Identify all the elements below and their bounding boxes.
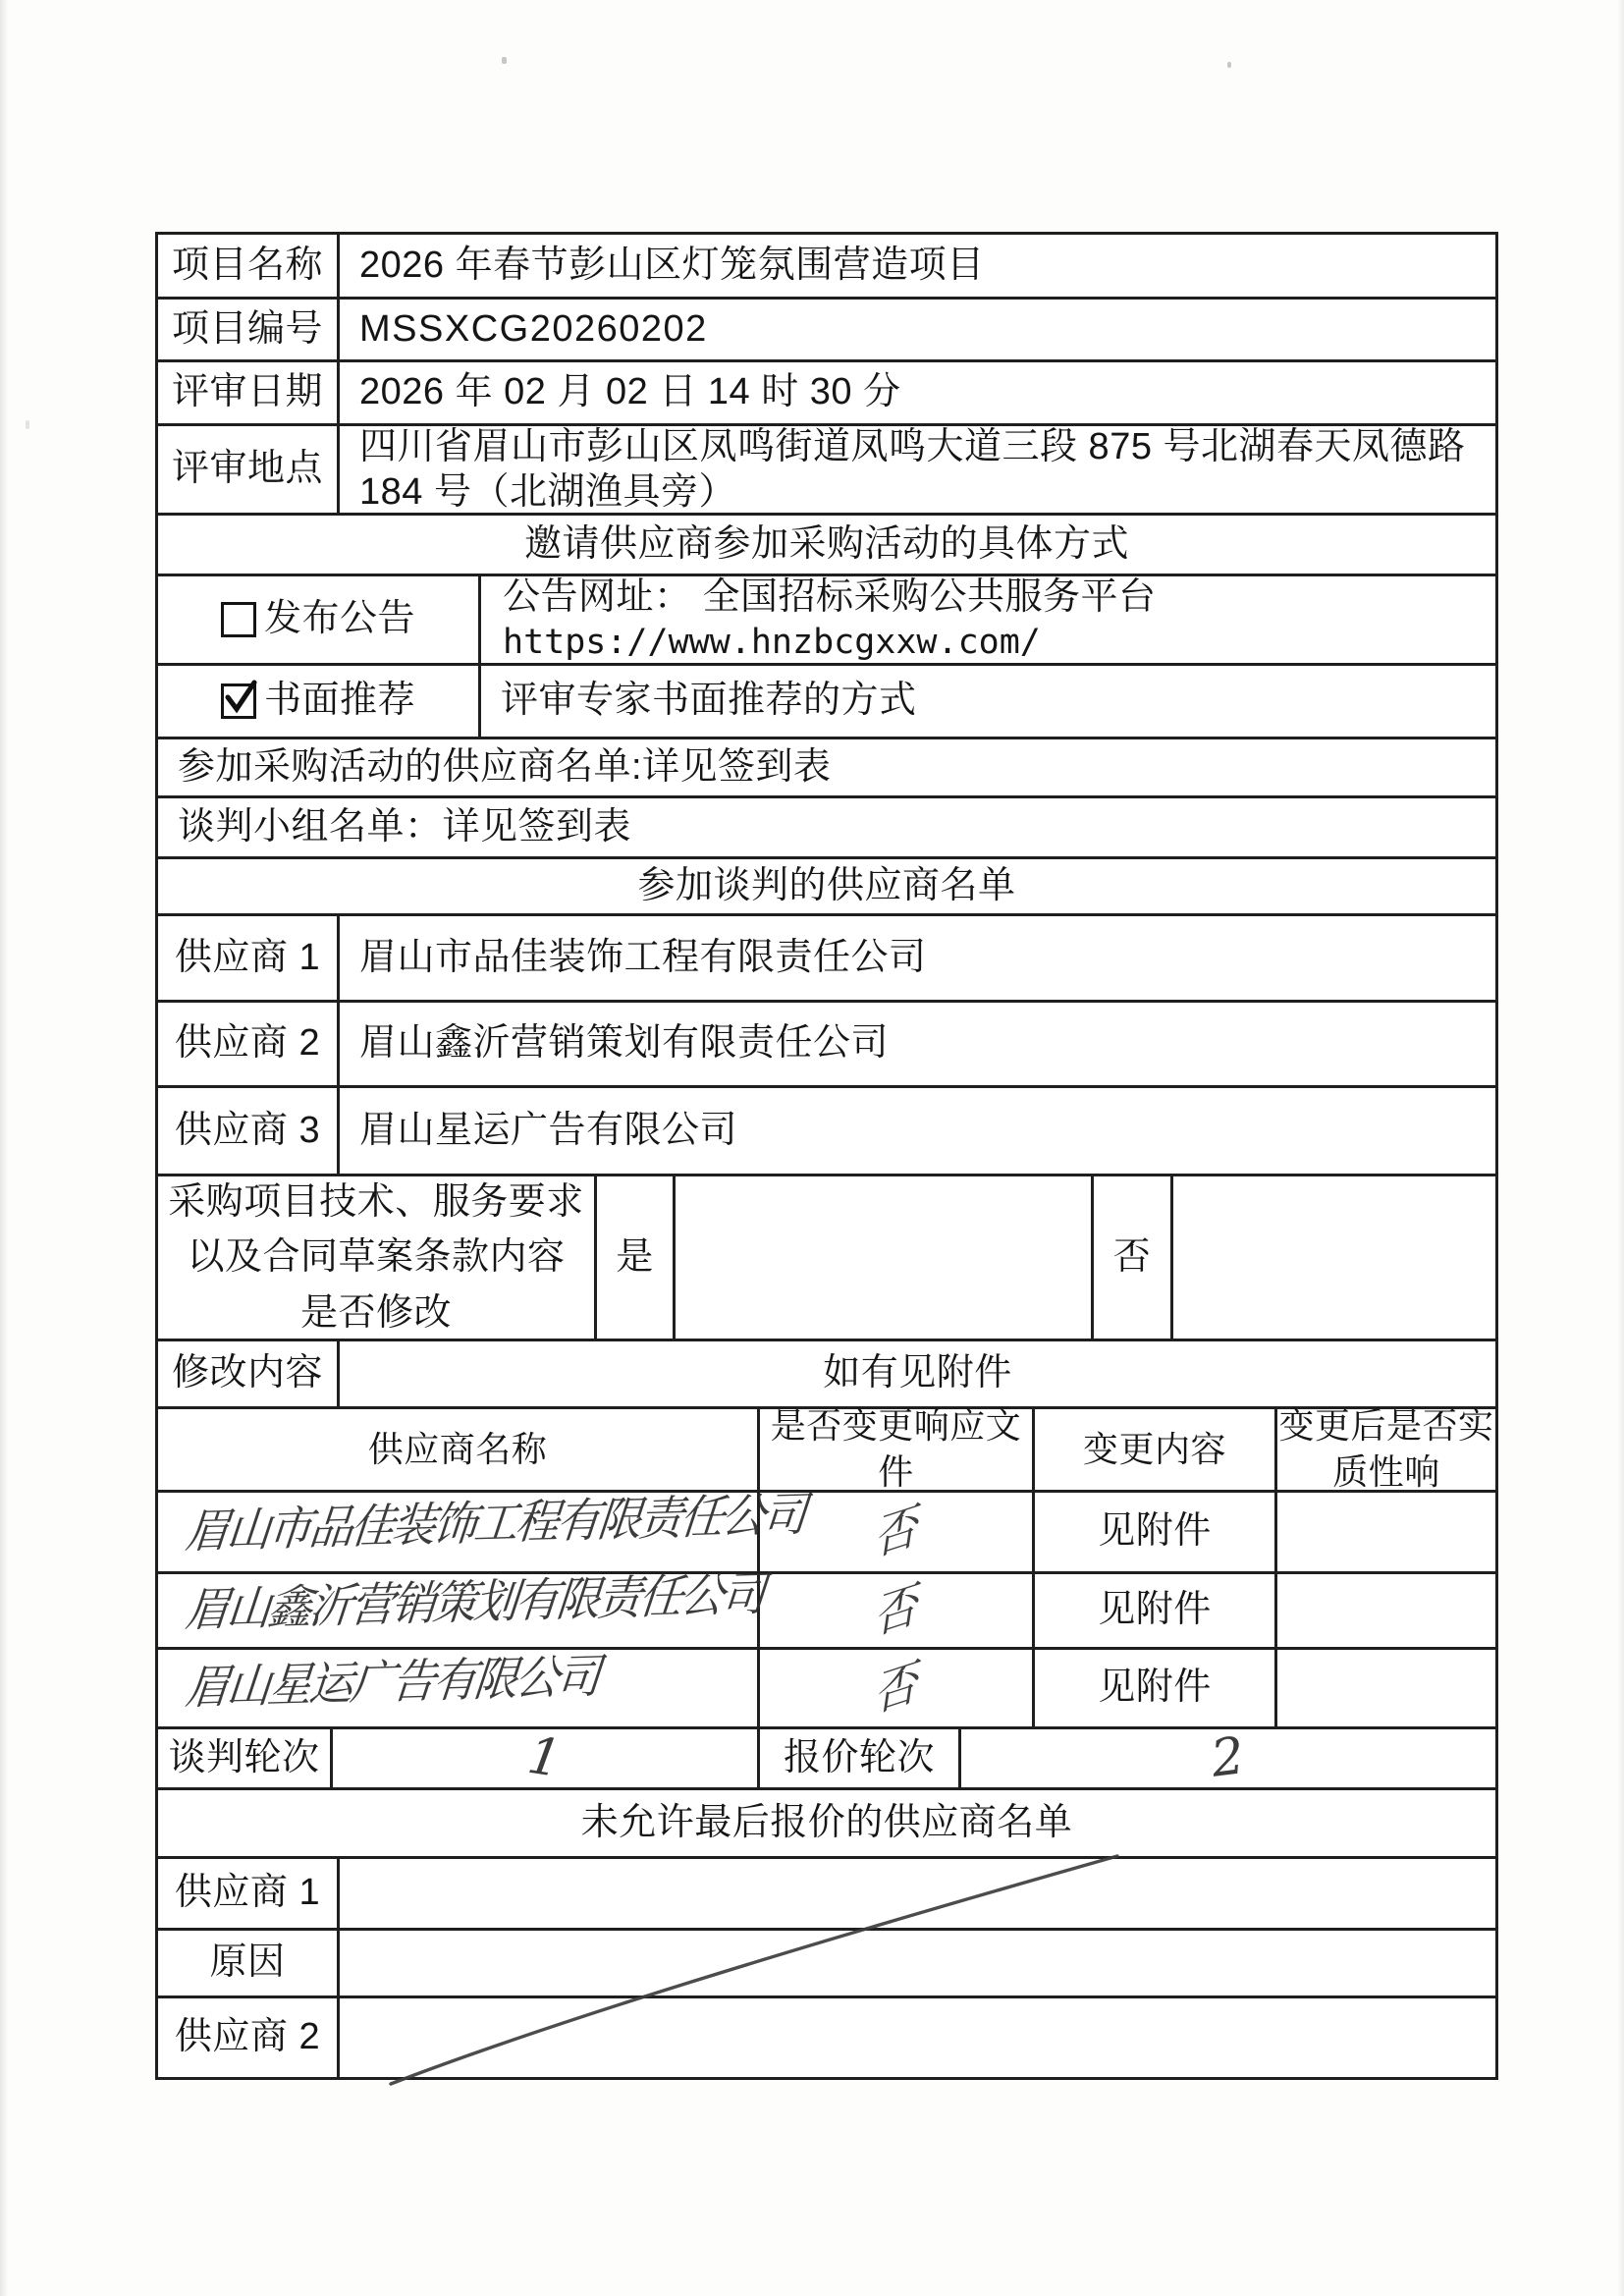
change-header-substantial: 变更后是否实质性响	[1277, 1409, 1495, 1490]
modification-question-line1: 采购项目技术、服务要求	[168, 1175, 584, 1230]
evaluation-form-table: 项目名称 2026 年春节彭山区灯笼氛围营造项目 项目编号 MSSXCG2026…	[155, 232, 1498, 2080]
written-recommendation-label: 书面推荐	[264, 676, 415, 726]
modification-question-row: 采购项目技术、服务要求 以及合同草案条款内容 是否修改 是 否	[158, 1176, 1495, 1341]
negotiation-suppliers-title-row: 参加谈判的供应商名单	[158, 859, 1495, 916]
written-recommendation-detail: 评审专家书面推荐的方式	[481, 666, 1495, 737]
checked-checkbox-icon	[221, 683, 256, 719]
final-quote-supplier1-label: 供应商 1	[158, 1859, 340, 1928]
final-quote-supplier1-row: 供应商 1	[158, 1859, 1495, 1931]
substantial-after-3	[1277, 1650, 1495, 1726]
price-rounds-value: 2	[961, 1729, 1495, 1787]
review-date-value: 2026 年 02 月 02 日 14 时 30 分	[340, 362, 1495, 423]
final-quote-reason-value	[340, 1931, 1495, 1995]
change-table-row-1: 眉山市品佳装饰工程有限责任公司 否 见附件	[158, 1493, 1495, 1574]
supplier-1-label: 供应商 1	[158, 916, 340, 1000]
substantial-after-1	[1277, 1493, 1495, 1571]
written-recommendation-option: 书面推荐	[158, 666, 481, 737]
review-location-line2: 184 号（北湖渔具旁）	[359, 469, 736, 515]
price-rounds-label: 报价轮次	[760, 1729, 961, 1787]
written-recommendation-row: 书面推荐 评审专家书面推荐的方式	[158, 666, 1495, 739]
rounds-row: 谈判轮次 1 报价轮次 2	[158, 1729, 1495, 1790]
review-location-row: 评审地点 四川省眉山市彭山区凤鸣街道凤鸣大道三段 875 号北湖春天凤德路 18…	[158, 426, 1495, 516]
change-header-change-content: 变更内容	[1035, 1409, 1277, 1490]
modification-no-blank	[1173, 1176, 1495, 1339]
change-content-3: 见附件	[1035, 1650, 1277, 1726]
change-table-row-3: 眉山星运广告有限公司 否 见附件	[158, 1650, 1495, 1729]
change-table-header-row: 供应商名称 是否变更响应文件 变更内容 变更后是否实质性响	[158, 1409, 1495, 1493]
scan-edge-shadow-left	[0, 0, 8, 2296]
project-number-row: 项目编号 MSSXCG20260202	[158, 300, 1495, 362]
scan-artifact	[502, 57, 507, 64]
negotiation-rounds-value: 1	[333, 1729, 760, 1787]
handwritten-response-changed-3: 否	[760, 1650, 1035, 1726]
supplier-2-label: 供应商 2	[158, 1003, 340, 1085]
review-date-label: 评审日期	[158, 362, 340, 423]
supplier-row-2: 供应商 2 眉山鑫沂营销策划有限责任公司	[158, 1003, 1495, 1088]
review-location-line1: 四川省眉山市彭山区凤鸣街道凤鸣大道三段 875 号北湖春天凤德路	[359, 424, 1466, 469]
supplier-row-1: 供应商 1 眉山市品佳装饰工程有限责任公司	[158, 916, 1495, 1003]
handwritten-response-changed-2: 否	[760, 1574, 1035, 1647]
supplier-2-name: 眉山鑫沂营销策划有限责任公司	[340, 1003, 1495, 1085]
project-name-value: 2026 年春节彭山区灯笼氛围营造项目	[340, 235, 1495, 297]
change-content-2: 见附件	[1035, 1574, 1277, 1647]
modification-no-label: 否	[1094, 1176, 1173, 1339]
final-quote-supplier2-value	[340, 1998, 1495, 2077]
scan-edge-shadow-right	[1617, 0, 1624, 2296]
final-quote-reason-label: 原因	[158, 1931, 340, 1995]
announcement-url: https://www.hnzbcgxxw.com/	[503, 622, 1041, 665]
negotiation-rounds-label: 谈判轮次	[158, 1729, 333, 1787]
modification-yes-blank	[676, 1176, 1094, 1339]
scanned-procurement-review-form: { "form": { "basic_rows": [ { "label": "…	[0, 0, 1624, 2296]
panel-note: 谈判小组名单：详见签到表	[158, 798, 1495, 856]
publish-announcement-label: 发布公告	[264, 594, 415, 644]
supplier-3-name: 眉山星运广告有限公司	[340, 1088, 1495, 1174]
unchecked-checkbox-icon	[221, 602, 256, 637]
modification-content-value: 如有见附件	[340, 1341, 1495, 1406]
modification-content-row: 修改内容 如有见附件	[158, 1341, 1495, 1409]
change-content-1: 见附件	[1035, 1493, 1277, 1571]
publish-announcement-row: 发布公告 公告网址： 全国招标采购公共服务平台 https://www.hnzb…	[158, 576, 1495, 666]
handwritten-supplier-name-2: 眉山鑫沂营销策划有限责任公司	[158, 1574, 760, 1647]
modification-question: 采购项目技术、服务要求 以及合同草案条款内容 是否修改	[158, 1176, 597, 1339]
substantial-after-2	[1277, 1574, 1495, 1647]
participants-note: 参加采购活动的供应商名单:详见签到表	[158, 739, 1495, 795]
announcement-site-line: 公告网址： 全国招标采购公共服务平台	[503, 574, 1157, 622]
review-location-value: 四川省眉山市彭山区凤鸣街道凤鸣大道三段 875 号北湖春天凤德路 184 号（北…	[340, 426, 1495, 513]
scan-artifact	[26, 420, 29, 429]
project-name-label: 项目名称	[158, 235, 340, 297]
change-table-row-2: 眉山鑫沂营销策划有限责任公司 否 见附件	[158, 1574, 1495, 1650]
final-quote-title-row: 未允许最后报价的供应商名单	[158, 1790, 1495, 1859]
supplier-3-label: 供应商 3	[158, 1088, 340, 1174]
final-quote-supplier1-value	[340, 1859, 1495, 1928]
participants-note-row: 参加采购活动的供应商名单:详见签到表	[158, 739, 1495, 798]
change-header-supplier-name: 供应商名称	[158, 1409, 760, 1490]
supplier-1-name: 眉山市品佳装饰工程有限责任公司	[340, 916, 1495, 1000]
modification-yes-label: 是	[597, 1176, 676, 1339]
final-quote-supplier2-label: 供应商 2	[158, 1998, 340, 2077]
review-date-row: 评审日期 2026 年 02 月 02 日 14 时 30 分	[158, 362, 1495, 426]
panel-note-row: 谈判小组名单：详见签到表	[158, 798, 1495, 859]
publish-announcement-detail: 公告网址： 全国招标采购公共服务平台 https://www.hnzbcgxxw…	[481, 576, 1495, 663]
modification-question-line2: 以及合同草案条款内容	[187, 1230, 565, 1285]
invitation-title-row: 邀请供应商参加采购活动的具体方式	[158, 516, 1495, 576]
handwritten-supplier-name-1: 眉山市品佳装饰工程有限责任公司	[158, 1493, 760, 1571]
handwritten-supplier-name-3: 眉山星运广告有限公司	[158, 1650, 760, 1726]
project-name-row: 项目名称 2026 年春节彭山区灯笼氛围营造项目	[158, 235, 1495, 300]
change-header-response-changed: 是否变更响应文件	[760, 1409, 1035, 1490]
supplier-row-3: 供应商 3 眉山星运广告有限公司	[158, 1088, 1495, 1176]
modification-question-line3: 是否修改	[300, 1285, 452, 1340]
scan-artifact	[1227, 62, 1231, 68]
final-quote-supplier2-row: 供应商 2	[158, 1998, 1495, 2077]
project-number-label: 项目编号	[158, 300, 340, 359]
review-location-label: 评审地点	[158, 426, 340, 513]
modification-content-label: 修改内容	[158, 1341, 340, 1406]
final-quote-title: 未允许最后报价的供应商名单	[158, 1790, 1495, 1856]
publish-announcement-option: 发布公告	[158, 576, 481, 663]
final-quote-reason-row: 原因	[158, 1931, 1495, 1998]
invitation-title: 邀请供应商参加采购活动的具体方式	[158, 516, 1495, 574]
project-number-value: MSSXCG20260202	[340, 300, 1495, 359]
negotiation-suppliers-title: 参加谈判的供应商名单	[158, 859, 1495, 913]
